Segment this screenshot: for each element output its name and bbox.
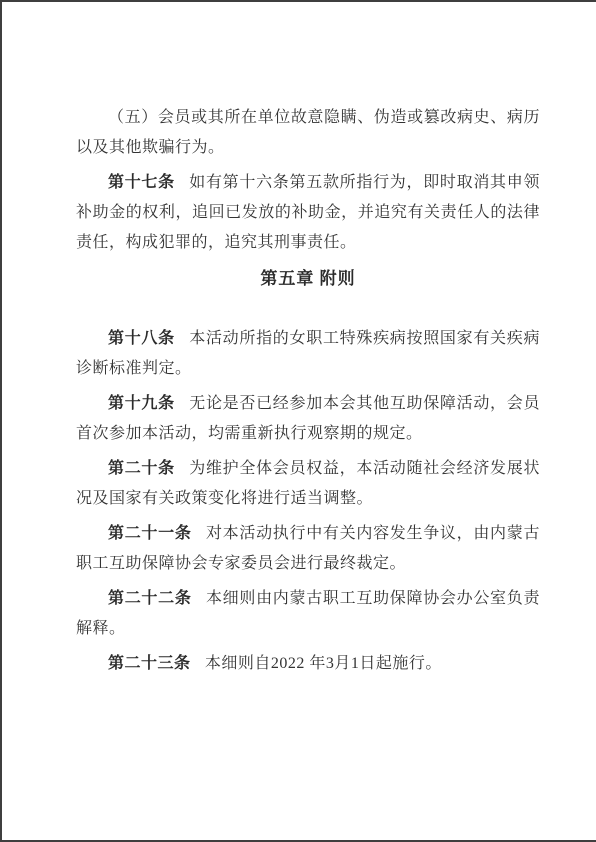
article-number: 第十八条 [108, 330, 175, 347]
article-paragraph: 第二十一条对本活动执行中有关内容发生争议，由内蒙古职工互助保障协会专家委员会进行… [76, 519, 540, 579]
chapter-heading: 第五章 附则 [76, 264, 540, 294]
document-page: （五）会员或其所在单位故意隐瞒、伪造或篡改病史、病历以及其他欺骗行为。第十七条如… [0, 0, 596, 842]
article-number: 第十七条 [108, 174, 175, 191]
paragraph-list: （五）会员或其所在单位故意隐瞒、伪造或篡改病史、病历以及其他欺骗行为。第十七条如… [76, 103, 540, 679]
article-text: 本细则自2022 年3月1日起施行。 [205, 655, 442, 672]
article-paragraph: 第二十二条本细则由内蒙古职工互助保障协会办公室负责解释。 [76, 584, 540, 644]
article-paragraph: 第十八条本活动所指的女职工特殊疾病按照国家有关疾病诊断标准判定。 [76, 324, 540, 384]
article-paragraph: 第二十条为维护全体会员权益，本活动随社会经济发展状况及国家有关政策变化将进行适当… [76, 454, 540, 514]
article-number: 第二十条 [108, 460, 175, 477]
article-paragraph: 第十七条如有第十六条第五款所指行为，即时取消其申领补助金的权利，追回已发放的补助… [76, 168, 540, 258]
article-paragraph: 第二十三条本细则自2022 年3月1日起施行。 [76, 649, 540, 679]
article-number: 第二十三条 [108, 655, 191, 672]
document-content: （五）会员或其所在单位故意隐瞒、伪造或篡改病史、病历以及其他欺骗行为。第十七条如… [76, 103, 540, 684]
body-paragraph: （五）会员或其所在单位故意隐瞒、伪造或篡改病史、病历以及其他欺骗行为。 [76, 103, 540, 163]
article-paragraph: 第十九条无论是否已经参加本会其他互助保障活动，会员首次参加本活动，均需重新执行观… [76, 389, 540, 449]
article-number: 第十九条 [108, 395, 175, 412]
article-number: 第二十二条 [108, 590, 192, 607]
article-number: 第二十一条 [108, 525, 192, 542]
